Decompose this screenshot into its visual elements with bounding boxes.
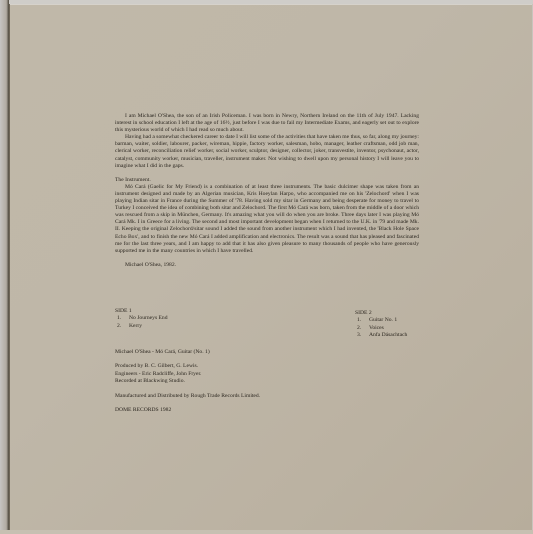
side-1-label: SIDE 1 — [115, 308, 168, 315]
instrument-heading: The Instrument. — [115, 177, 419, 184]
production-credits: Produced by B. C. Gilbert, G. Lewis. Eng… — [115, 363, 375, 385]
bio-paragraph-1: I am Michael O'Shea, the son of an Irish… — [115, 113, 419, 134]
credits: Michael O'Shea - Mó Cará, Guitar (No. 1)… — [115, 349, 375, 421]
record-label: DOME RECORDS 1982 — [115, 407, 375, 414]
track-number: 3. — [357, 332, 369, 339]
tracklist: SIDE 1 1.No Journeys End 2.Kerry SIDE 2 … — [115, 308, 435, 348]
track-title: Voices — [369, 325, 384, 331]
sleeve-bottom-edge — [0, 530, 533, 534]
track-number: 1. — [357, 317, 369, 324]
distribution-credit: Manufactured and Distributed by Rough Tr… — [115, 393, 375, 400]
track-number: 2. — [357, 325, 369, 332]
track-number: 1. — [117, 315, 129, 322]
producer-credit: Produced by B. C. Gilbert, G. Lewis. — [115, 363, 375, 370]
track-number: 2. — [117, 323, 129, 330]
bio-paragraph-2: Having had a somewhat checkered career t… — [115, 134, 419, 169]
instrument-paragraph: Mó Cará (Gaelic for My Friend) is a comb… — [115, 184, 419, 255]
side-2-label: SIDE 2 — [355, 310, 407, 317]
track-title: Anfa Dásachtach — [369, 332, 407, 338]
track-title: Guitar No. 1 — [369, 317, 397, 323]
track-title: Kerry — [129, 323, 142, 329]
track-item: 3.Anfa Dásachtach — [355, 332, 407, 339]
engineer-credit: Engineers - Eric Radcliffe, John Fryer. — [115, 371, 375, 378]
studio-credit: Recorded at Blackwing Studio. — [115, 378, 375, 385]
track-item: 1.Guitar No. 1 — [355, 317, 407, 324]
signature: Michael O'Shea, 1982. — [115, 262, 419, 269]
track-title: No Journeys End — [129, 315, 168, 321]
track-item: 1.No Journeys End — [115, 315, 168, 322]
performer-credit: Michael O'Shea - Mó Cará, Guitar (No. 1) — [115, 349, 375, 356]
scan-background-left — [0, 0, 9, 534]
liner-notes: I am Michael O'Shea, the son of an Irish… — [115, 113, 419, 269]
side-2: SIDE 2 1.Guitar No. 1 2.Voices 3.Anfa Dá… — [355, 310, 407, 340]
side-1: SIDE 1 1.No Journeys End 2.Kerry — [115, 308, 168, 330]
track-item: 2.Kerry — [115, 323, 168, 330]
